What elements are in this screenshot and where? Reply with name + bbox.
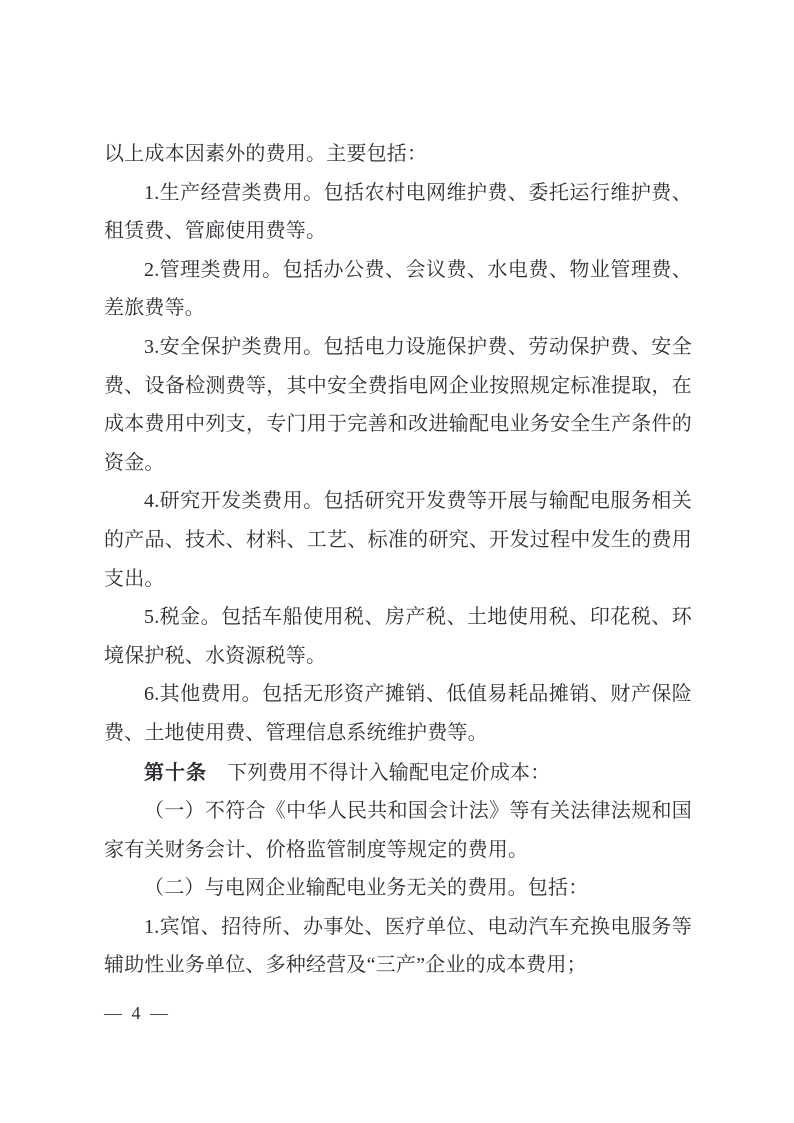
document-page: 以上成本因素外的费用。主要包括： 1.生产经营类费用。包括农村电网维护费、委托运…	[0, 0, 794, 1123]
paragraph-item-2-management-costs: 2.管理类费用。包括办公费、会议费、水电费、物业管理费、差旅费等。	[104, 251, 692, 328]
paragraph-item-1-production-costs: 1.生产经营类费用。包括农村电网维护费、委托运行维护费、租赁费、管廊使用费等。	[104, 174, 692, 251]
paragraph-clause-2: （二）与电网企业输配电业务无关的费用。包括：	[104, 869, 692, 908]
paragraph-item-4-rnd-costs: 4.研究开发类费用。包括研究开发费等开展与输配电服务相关的产品、技术、材料、工艺…	[104, 482, 692, 598]
paragraph-item-5-taxes: 5.税金。包括车船使用税、房产税、土地使用税、印花税、环境保护税、水资源税等。	[104, 598, 692, 675]
paragraph-clause-1: （一）不符合《中华人民共和国会计法》等有关法律法规和国家有关财务会计、价格监管制…	[104, 792, 692, 869]
article-10-number: 第十条	[144, 760, 207, 784]
paragraph-clause-2-item-1: 1.宾馆、招待所、办事处、医疗单位、电动汽车充换电服务等辅助性业务单位、多种经营…	[104, 908, 692, 985]
paragraph-item-6-other-costs: 6.其他费用。包括无形资产摊销、低值易耗品摊销、财产保险费、土地使用费、管理信息…	[104, 675, 692, 752]
page-footer: — 4 —	[104, 1002, 168, 1024]
article-10-text: 下列费用不得计入输配电定价成本：	[207, 762, 550, 784]
paragraph-item-3-safety-costs: 3.安全保护类费用。包括电力设施保护费、劳动保护费、安全费、设备检测费等，其中安…	[104, 328, 692, 482]
document-body: 以上成本因素外的费用。主要包括： 1.生产经营类费用。包括农村电网维护费、委托运…	[104, 135, 692, 985]
page-number: — 4 —	[104, 1003, 168, 1023]
paragraph-article-10: 第十条 下列费用不得计入输配电定价成本：	[104, 753, 692, 793]
paragraph-continuation: 以上成本因素外的费用。主要包括：	[104, 135, 692, 174]
